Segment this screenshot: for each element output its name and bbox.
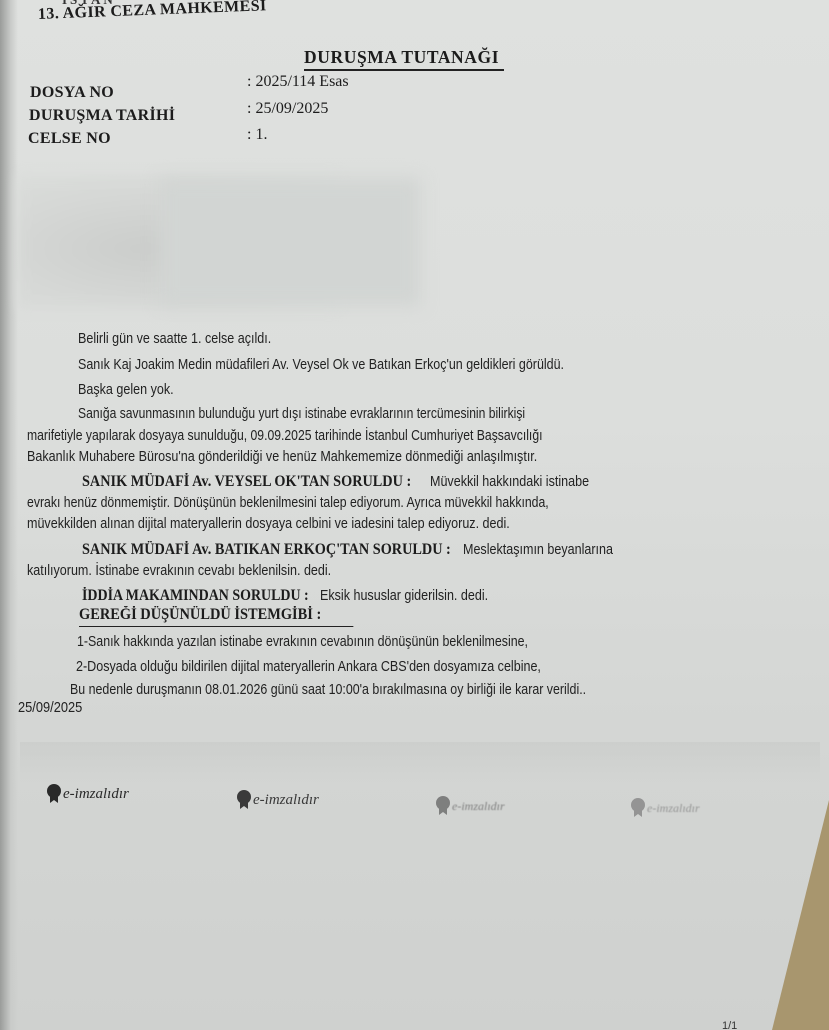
signature-row: e-imzalıdır e-imzalıdır e-imzalıdır e-im… — [0, 783, 829, 823]
paragraph-istinabe-line-1: Sanığa savunmasının bulunduğu yurt dışı … — [78, 406, 525, 422]
document-title: DURUŞMA TUTANAĞI — [304, 47, 504, 71]
statement-batikan-erkoc-line-2: katılıyorum. İstinabe evrakının cevabı b… — [27, 563, 331, 579]
meta-value-dosya-no: : 2025/114 Esas — [247, 73, 349, 91]
e-signature-1: e-imzalıdır — [48, 785, 129, 803]
paragraph-istinabe-line-3: Bakanlık Muhabere Bürosu'na gönderildiği… — [27, 449, 537, 465]
statement-prosecution: İDDİA MAKAMINDAN SORULDU : Eksik hususla… — [82, 587, 515, 605]
seal-icon — [437, 797, 449, 815]
e-signature-label: e-imzalıdır — [63, 786, 129, 803]
paragraph-attendance: Sanık Kaj Joakim Medin müdafileri Av. Ve… — [78, 357, 564, 373]
e-signature-label: e-imzalıdır — [253, 792, 319, 809]
paragraph-istinabe-line-2: marifetiyle yapılarak dosyaya sunulduğu,… — [27, 428, 542, 444]
decision-item-2: 2-Dosyada olduğu bildirilen dijital mate… — [76, 659, 541, 675]
meta-value-celse-no: : 1. — [247, 126, 267, 144]
statement-text: Müvekkil hakkındaki istinabe — [430, 474, 589, 490]
e-signature-4: e-imzalıdır — [632, 799, 700, 817]
decision-item-1: 1-Sanık hakkında yazılan istinabe evrakı… — [77, 634, 528, 650]
e-signature-3: e-imzalıdır — [437, 797, 505, 815]
decision-heading: GEREĞİ DÜŞÜNÜLDÜ İSTEMGİBİ : — [79, 606, 353, 627]
document-date: 25/09/2025 — [18, 700, 82, 716]
page-number: 1/1 — [722, 1020, 737, 1030]
e-signature-label: e-imzalıdır — [647, 801, 700, 816]
statement-text: Meslektaşımın beyanlarına — [463, 542, 613, 558]
seal-icon — [238, 791, 250, 809]
paragraph-opening: Belirli gün ve saatte 1. celse açıldı. — [78, 331, 271, 347]
signature-band-shadow — [20, 742, 820, 782]
statement-heading: İDDİA MAKAMINDAN SORULDU : — [82, 587, 309, 605]
statement-veysel-ok: SANIK MÜDAFİ Av. VEYSEL OK'TAN SORULDU :… — [82, 473, 615, 491]
e-signature-label: e-imzalıdır — [452, 799, 505, 814]
seal-icon — [632, 799, 644, 817]
statement-batikan-erkoc: SANIK MÜDAFİ Av. BATIKAN ERKOÇ'TAN SORUL… — [82, 541, 637, 559]
meta-label-durusma-tarihi: DURUŞMA TARİHİ — [29, 107, 175, 125]
e-signature-2: e-imzalıdır — [238, 791, 319, 809]
page-edge-shadow — [0, 0, 18, 1030]
meta-label-dosya-no: DOSYA NO — [30, 84, 114, 102]
redacted-region — [160, 178, 420, 306]
statement-heading: SANIK MÜDAFİ Av. VEYSEL OK'TAN SORULDU : — [82, 473, 411, 491]
statement-veysel-ok-line-2: evrakı henüz dönmemiştir. Dönüşünün bekl… — [27, 495, 549, 511]
closing-decision: Bu nedenle duruşmanın 08.01.2026 günü sa… — [70, 682, 586, 698]
meta-label-celse-no: CELSE NO — [28, 130, 111, 148]
statement-veysel-ok-line-3: müvekkilden alınan dijital materyallerin… — [27, 516, 510, 532]
seal-icon — [48, 785, 60, 803]
document-page: İSTAN 13. AĞIR CEZA MAHKEMESİ DURUŞMA TU… — [0, 0, 829, 1030]
statement-heading: SANIK MÜDAFİ Av. BATIKAN ERKOÇ'TAN SORUL… — [82, 541, 451, 559]
paragraph-no-others: Başka gelen yok. — [78, 382, 174, 398]
meta-value-durusma-tarihi: : 25/09/2025 — [247, 100, 328, 118]
statement-text: Eksik hususlar giderilsin. dedi. — [320, 588, 488, 604]
